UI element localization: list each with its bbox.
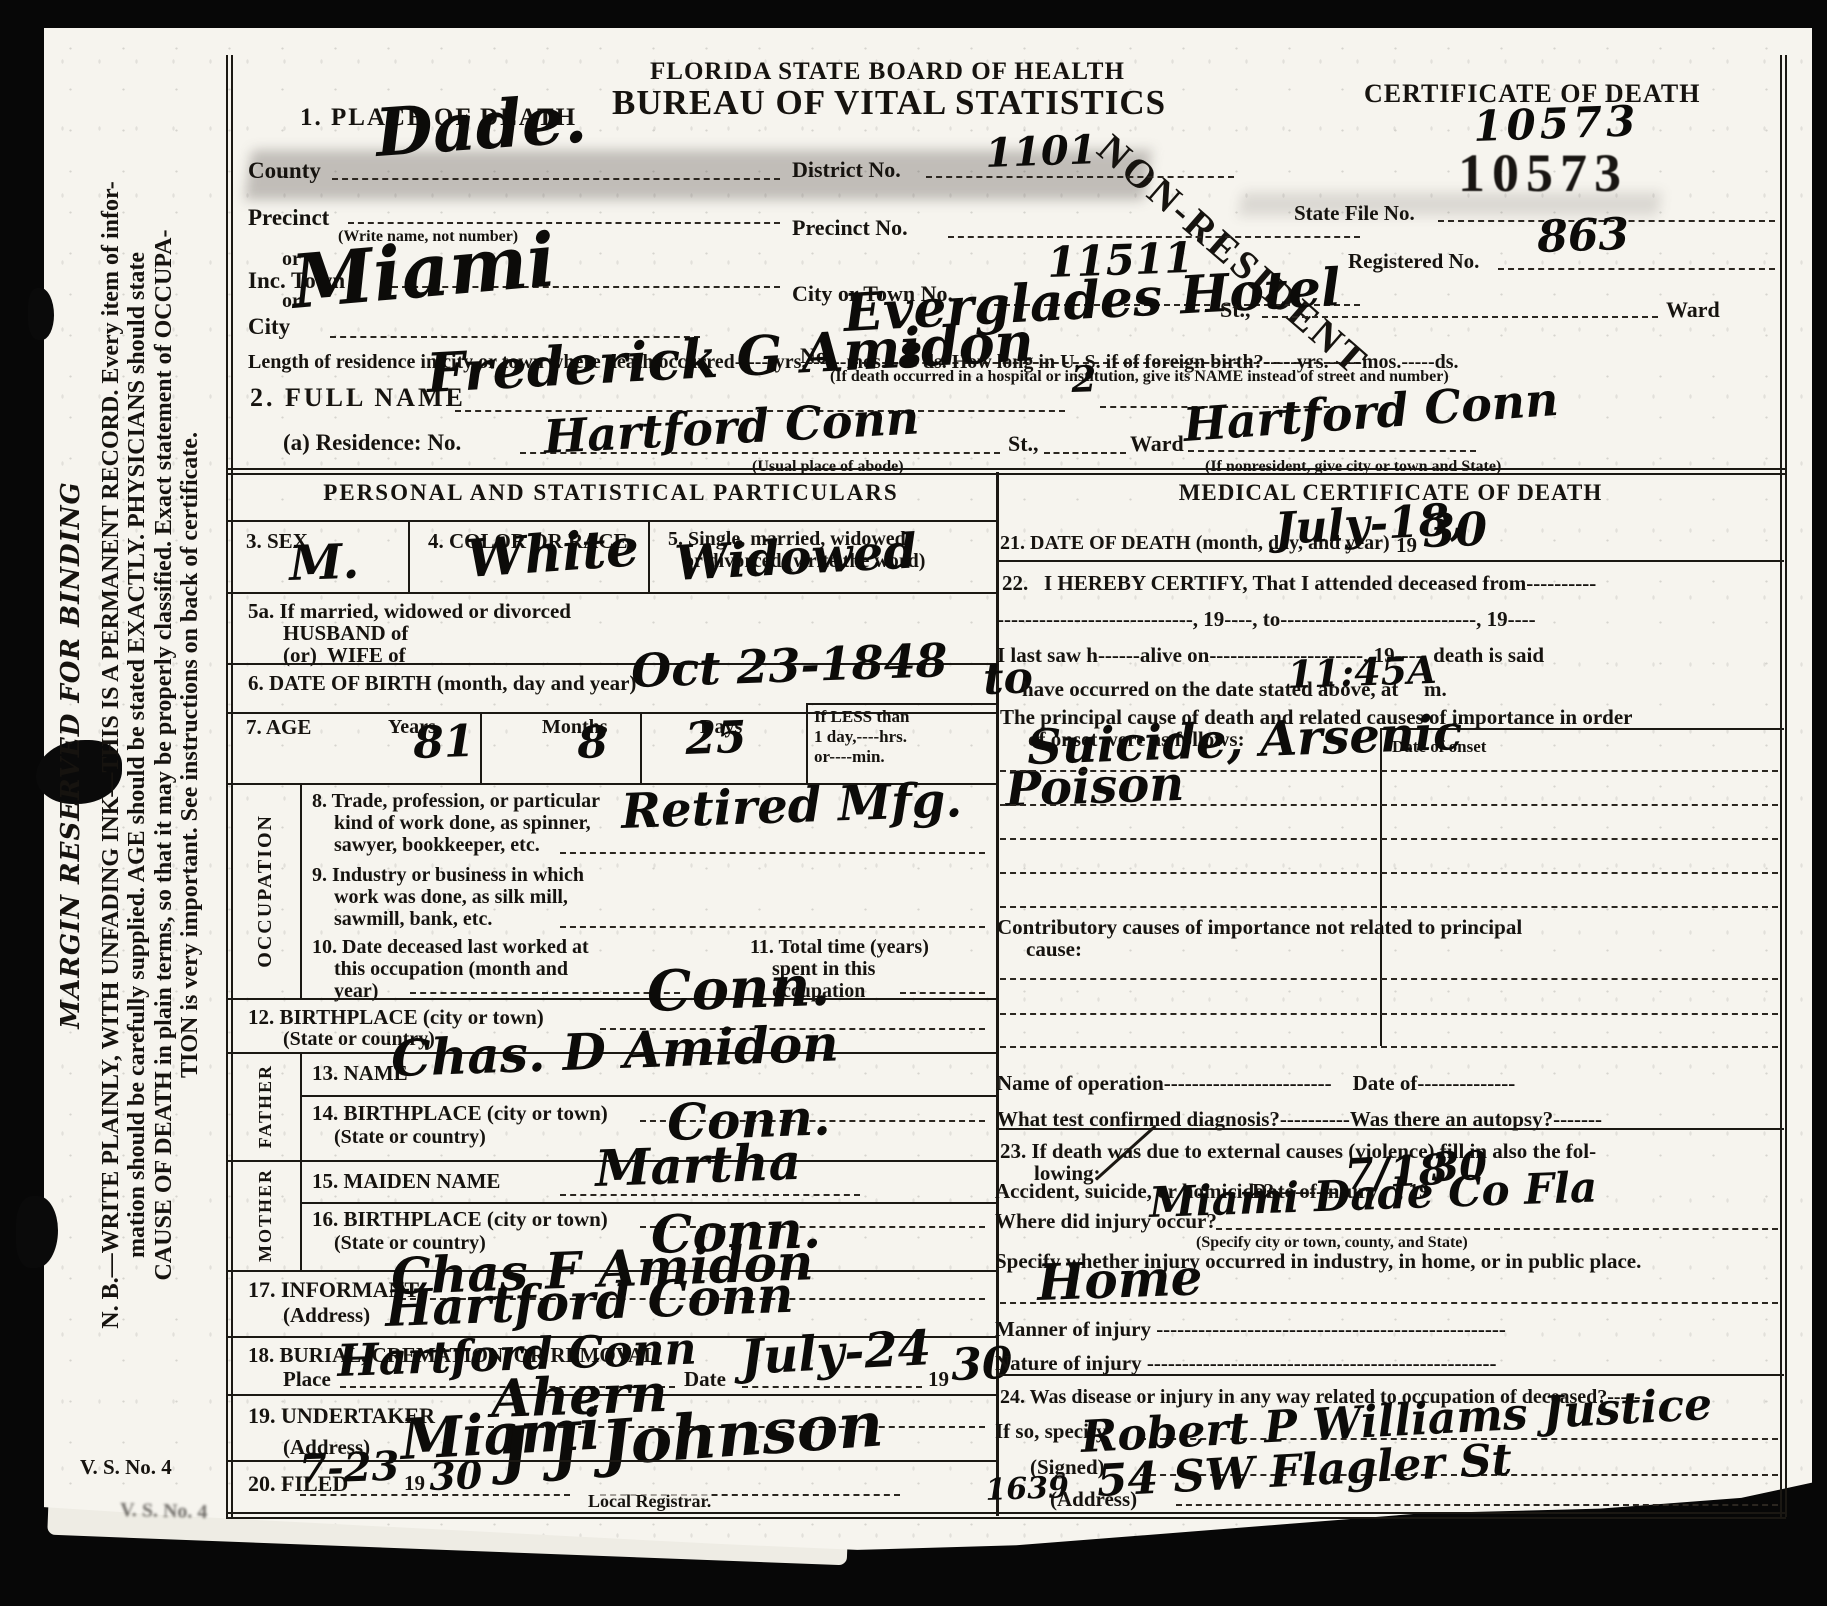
- item15-value: Martha: [594, 1137, 802, 1194]
- margin-nb-line: TION is very important. See instructions…: [177, 30, 203, 1480]
- item5a-line2: HUSBAND of: [283, 622, 408, 645]
- item21-year-hw: 30: [1422, 506, 1488, 554]
- cell-line: [300, 783, 302, 998]
- row-line: [300, 1095, 997, 1097]
- board-title: FLORIDA STATE BOARD OF HEALTH: [650, 58, 1125, 86]
- margin-binding-label: MARGIN RESERVED FOR BINDING: [56, 30, 86, 1480]
- where-line: [1216, 1228, 1778, 1230]
- item18-year-printed: 19: [928, 1368, 949, 1391]
- city-label: City: [248, 314, 290, 339]
- item22-line2: ----------------------------, 19----, to…: [997, 608, 1536, 631]
- item18-date-line: [742, 1386, 922, 1388]
- item22-time-hw: 11:45A: [1287, 651, 1438, 694]
- district-no-label: District No.: [792, 158, 901, 182]
- operation-line: Name of operation-----------------------…: [997, 1072, 1515, 1095]
- father-vertical-text: FATHER: [255, 1064, 276, 1148]
- item18-place-label: Place: [283, 1368, 331, 1391]
- item11-line: [900, 992, 985, 994]
- mother-section-label: MOTHER: [230, 1160, 300, 1270]
- item9-line: [560, 926, 985, 928]
- precinct-label: Precinct: [248, 205, 329, 230]
- occupation-vertical-text: OCCUPATION: [254, 814, 277, 968]
- dob-label: 6. DATE OF BIRTH (month, day and year): [248, 672, 636, 695]
- margin-binding-block: MARGIN RESERVED FOR BINDING N. B.—WRITE …: [56, 30, 206, 1480]
- item20-year-hw: 30: [429, 1456, 483, 1496]
- if-less-line1: If LESS than: [814, 708, 909, 727]
- row-line: [997, 560, 1784, 562]
- dob-value: Oct 23-1848: [630, 637, 948, 694]
- row-line: [300, 1202, 997, 1204]
- cell-line: [300, 1160, 302, 1270]
- registered-number: 863: [1536, 213, 1629, 260]
- item18-date-value: July-24: [739, 1324, 932, 1382]
- occupation-section-label: OCCUPATION: [230, 783, 300, 998]
- item23-line1: 23. If death was due to external causes …: [1000, 1140, 1596, 1163]
- item17-address-value: Hartford Conn: [384, 1270, 794, 1334]
- certificate-number-handwritten: 10573: [1473, 100, 1640, 148]
- race-value: White: [464, 522, 640, 586]
- item8-line3: sawyer, bookkeeper, etc.: [334, 834, 540, 856]
- item17-address-label: (Address): [283, 1304, 370, 1327]
- margin-nb-line: mation should be carefully supplied. AGE…: [124, 30, 150, 1480]
- item16-label: 16. BIRTHPLACE (city or town): [312, 1208, 608, 1231]
- nonresident-note: (If nonresident, give city or town and S…: [1205, 458, 1501, 476]
- days-value: 25: [684, 716, 747, 762]
- top-black-band: [0, 0, 1827, 28]
- onset-box-line: [1380, 728, 1382, 1046]
- state-file-label: State File No.: [1294, 202, 1415, 225]
- margin-nb-line: N. B.—WRITE PLAINLY, WITH UNFADING INK—T…: [98, 30, 124, 1480]
- mother-vertical-text: MOTHER: [255, 1168, 276, 1262]
- item13-value: Chas. D Amidon: [390, 1018, 839, 1084]
- contributory-line1: Contributory causes of importance not re…: [997, 916, 1522, 939]
- form-mid-rule: [226, 468, 1786, 475]
- cell-line: [480, 712, 482, 783]
- ward-number-hw: 2: [1071, 361, 1097, 398]
- ward-label-2: Ward: [1130, 432, 1184, 456]
- item12-value: Conn.: [646, 958, 831, 1020]
- item8-line2: kind of work done, as spinner,: [334, 812, 591, 834]
- city-value: Miami: [289, 223, 559, 320]
- margin-nb-line: CAUSE OF DEATH in plain terms, so that i…: [151, 30, 177, 1480]
- contributory-line: [1000, 978, 1778, 980]
- cell-line: [648, 520, 650, 592]
- cause-line: [1000, 872, 1778, 874]
- cell-line: [300, 1052, 302, 1160]
- residence-label: (a) Residence: No.: [283, 430, 461, 455]
- personal-title: PERSONAL AND STATISTICAL PARTICULARS: [226, 480, 996, 505]
- if-less-line3: or----min.: [814, 748, 885, 767]
- county-line: [332, 178, 780, 180]
- contributory-line: [1000, 1013, 1778, 1015]
- precinct-no-label: Precinct No.: [792, 216, 908, 240]
- district-no-value: 1101: [985, 130, 1098, 174]
- cell-line: [806, 703, 997, 705]
- item14-label2: (State or country): [334, 1126, 486, 1148]
- item10-line: [410, 992, 680, 994]
- manner-line: Manner of injury -----------------------…: [995, 1318, 1506, 1341]
- father-section-label: FATHER: [230, 1052, 300, 1160]
- right-black-band: [1812, 0, 1827, 1606]
- county-value: Dade.: [373, 85, 588, 166]
- item15-label: 15. MAIDEN NAME: [312, 1170, 500, 1193]
- item10-line2: this occupation (month and: [334, 958, 568, 980]
- age-label: 7. AGE: [246, 716, 311, 739]
- item22-line3: I last saw h------alive on--------------…: [997, 644, 1544, 667]
- contributory-line: [1000, 1046, 1778, 1048]
- item22-line4-end: m.: [1424, 678, 1447, 701]
- cell-line: [640, 712, 642, 783]
- cause-line: [1000, 906, 1778, 908]
- contributory-line2: cause:: [1026, 938, 1082, 961]
- item10-line1: 10. Date deceased last worked at: [312, 936, 589, 958]
- row-line: [997, 1128, 1784, 1130]
- item5a-line1: 5a. If married, widowed or divorced: [248, 600, 571, 623]
- form-number: V. S. No. 4: [80, 1456, 172, 1479]
- item9-line3: sawmill, bank, etc.: [334, 908, 492, 930]
- cause-line: [1000, 804, 1778, 806]
- item22-line1: 22. I HEREBY CERTIFY, That I attended de…: [1002, 572, 1596, 595]
- item8-line1: 8. Trade, profession, or particular: [312, 790, 600, 812]
- item21-year-printed: 19: [1396, 534, 1417, 557]
- precinct-line: [348, 222, 780, 224]
- cause-line: [1000, 770, 1778, 772]
- registered-line: [1498, 268, 1775, 270]
- cause-line: [1000, 838, 1778, 840]
- sex-value: M.: [288, 538, 359, 588]
- months-value: 8: [576, 721, 608, 766]
- item18-date-label: Date: [684, 1368, 726, 1391]
- death-certificate-scan: MARGIN RESERVED FOR BINDING N. B.—WRITE …: [0, 0, 1827, 1606]
- st-label-2: St.,: [1008, 432, 1039, 456]
- item8-line: [560, 852, 985, 854]
- district-no-line: [926, 176, 1234, 178]
- item9-line1: 9. Industry or business in which: [312, 864, 584, 886]
- ink-blob: [28, 288, 54, 340]
- address-line: [1176, 1504, 1778, 1506]
- certificate-number-stamp: 10573: [1458, 142, 1628, 204]
- county-label: County: [248, 158, 321, 183]
- form-right-border: [1780, 55, 1787, 1517]
- if-less-line2: 1 day,----hrs.: [814, 728, 907, 747]
- item9-line2: work was done, as silk mill,: [334, 886, 568, 908]
- st-label: St.,: [1220, 298, 1251, 322]
- item15-line: [560, 1194, 860, 1196]
- registered-label: Registered No.: [1348, 250, 1479, 273]
- cell-line: [806, 703, 808, 783]
- form-bottom-border: [226, 1512, 1786, 1519]
- bureau-title: BUREAU OF VITAL STATISTICS: [612, 84, 1166, 123]
- registrar-label: Local Registrar.: [588, 1492, 711, 1512]
- abode-note: (Usual place of abode): [752, 458, 904, 476]
- specify-answer-line: [1000, 1302, 1778, 1304]
- st-ward-line-2: [1044, 452, 1126, 454]
- item14-label: 14. BIRTHPLACE (city or town): [312, 1102, 608, 1125]
- cell-line: [408, 520, 410, 592]
- row-line: [997, 1374, 1784, 1376]
- form-number-faint: V. S. No. 4: [120, 1499, 208, 1523]
- st-ward-line: [1262, 316, 1658, 318]
- row-line: [226, 592, 997, 594]
- years-value: 81: [412, 720, 475, 766]
- left-black-band: [0, 0, 44, 1606]
- nature-line: Nature of injury -----------------------…: [995, 1352, 1497, 1375]
- item8-value: Retired Mfg.: [620, 776, 962, 836]
- marital-value: Widowed: [673, 527, 917, 588]
- item20-year-printed: 19: [404, 1472, 425, 1495]
- ward-label: Ward: [1666, 298, 1720, 322]
- specify-value: Home: [1036, 1252, 1203, 1308]
- item20-date-hw: 7-23: [299, 1447, 400, 1490]
- row-line: [226, 998, 997, 1000]
- residence-state-line: [1188, 450, 1476, 452]
